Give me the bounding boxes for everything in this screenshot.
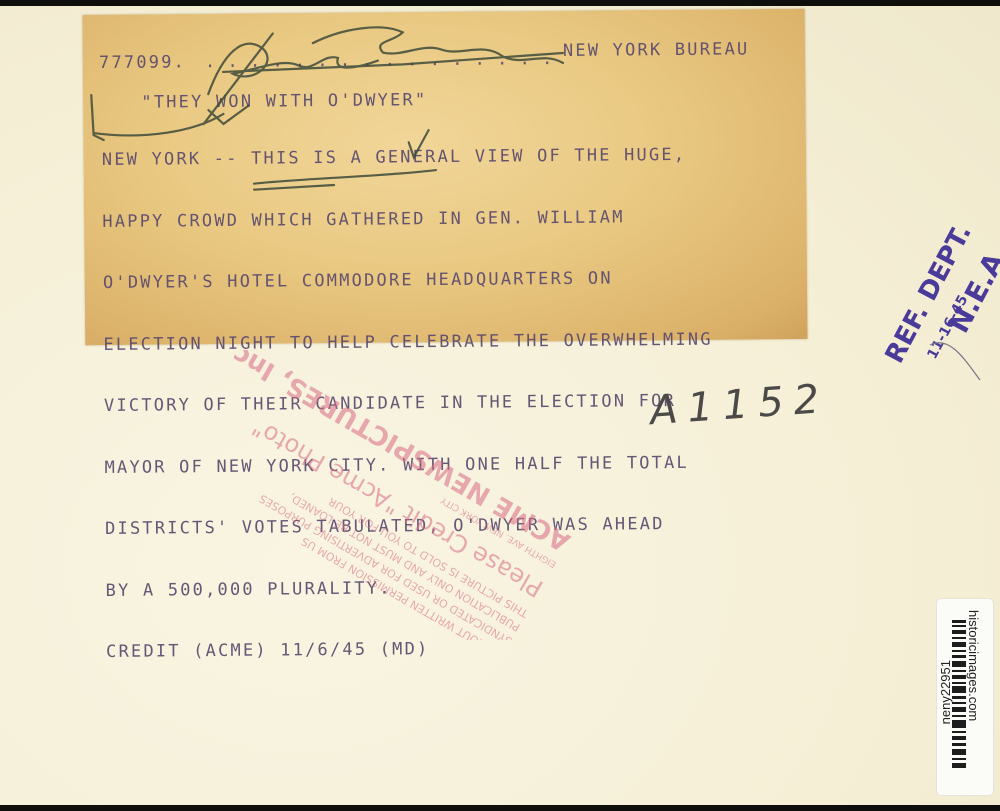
barcode-id-text: neny22951 (938, 660, 953, 724)
caption-line: CREDIT (ACME) 11/6/45 (MD) (106, 637, 715, 663)
pencil-markings (83, 9, 808, 345)
ref-dept-stamp: REF. DEPT. 11-16-45 N.E.A. (800, 150, 1000, 390)
acme-credit-stamp: WITHOUT WRITTEN PERMISSION FROM US SYNDI… (230, 350, 610, 640)
caption-clipping: 777099. . . . . . . . . . . . . . . . . … (83, 9, 808, 345)
barcode-site-text: historicimages.com (966, 610, 981, 721)
barcode-icon (952, 620, 966, 770)
